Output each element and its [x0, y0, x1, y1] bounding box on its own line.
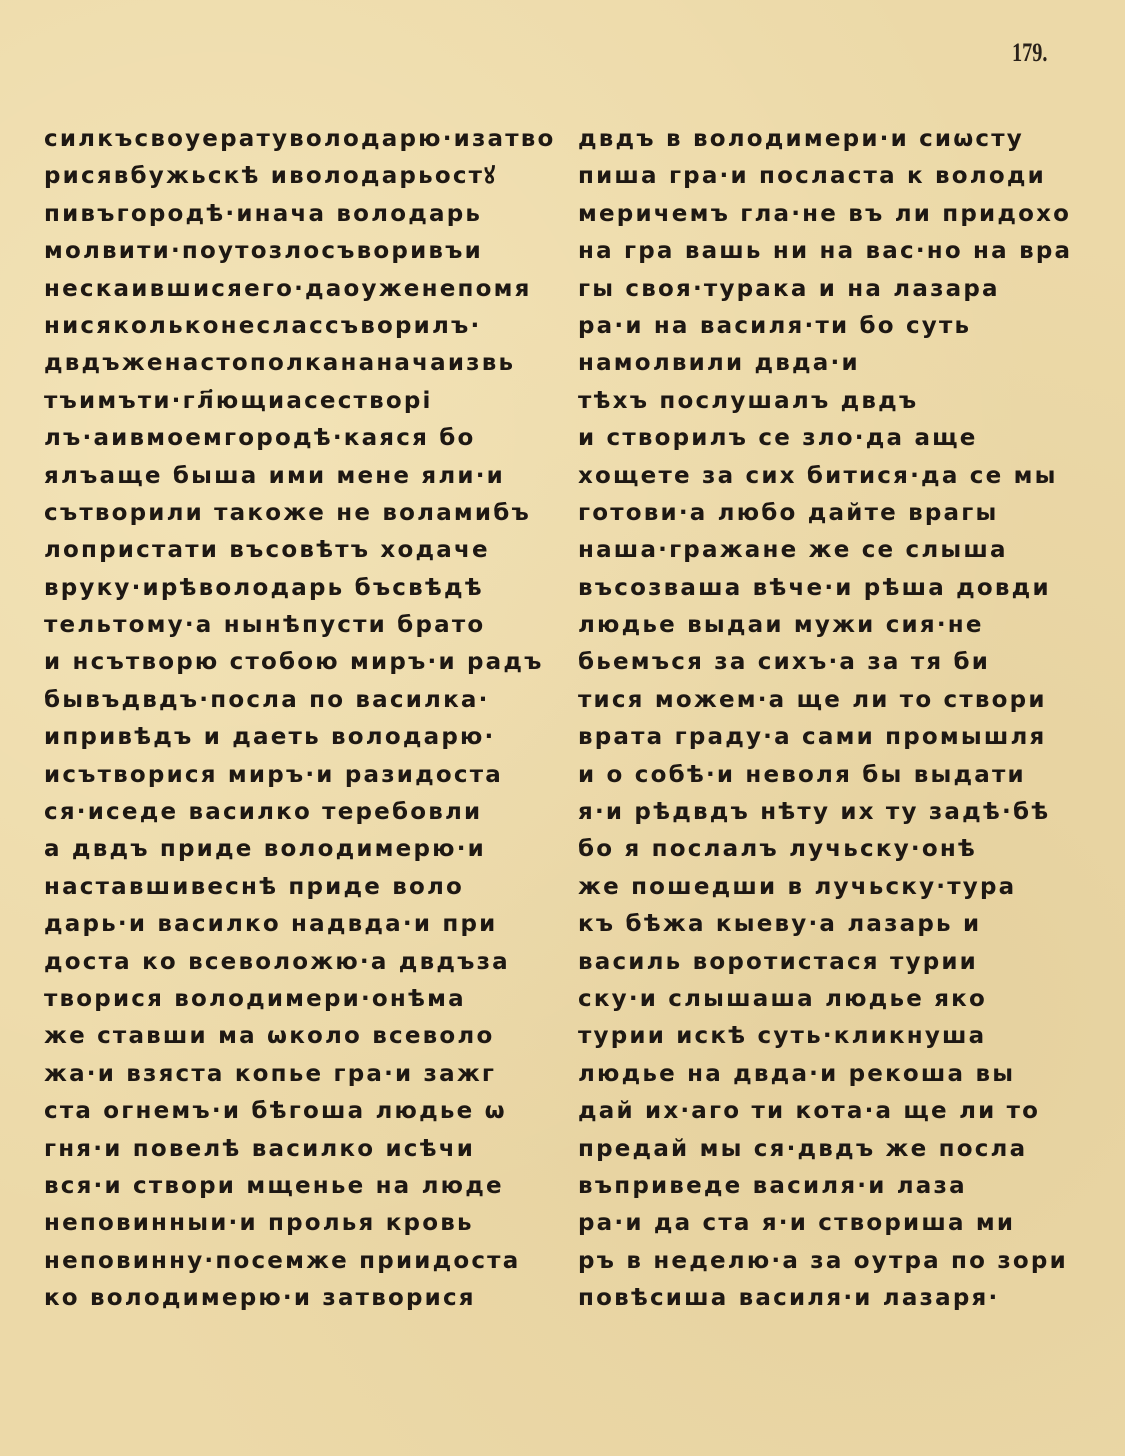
manuscript-line: ра·и да ста я·и створиша ми [578, 1205, 1078, 1242]
manuscript-line: въсозваша вѣче·и рѣша довди [578, 570, 1078, 607]
manuscript-line: ко володимерю·и затворися [44, 1280, 559, 1317]
manuscript-line: лопристати въсовѣтъ ходаче [44, 532, 559, 569]
manuscript-line: готови·а любо дайте врагы [578, 495, 1078, 532]
manuscript-line: ра·и на василя·ти бо суть [578, 308, 1078, 345]
manuscript-line: намолвили двда·и [578, 345, 1078, 382]
manuscript-line: и створилъ се зло·да аще [578, 420, 1078, 457]
manuscript-line: дай их·аго ти кота·а ще ли то [578, 1093, 1078, 1130]
manuscript-line: тися можем·а ще ли то створи [578, 682, 1078, 719]
manuscript-line: людье выдаи мужи сия·не [578, 607, 1078, 644]
manuscript-line: ста огнемъ·и бѣгоша людье ѡ [44, 1093, 559, 1130]
manuscript-line: же пошедши в лучьску·тура [578, 869, 1078, 906]
right-column: двдъ в володимери·и сиѡступиша гра·и пос… [578, 121, 1078, 1318]
manuscript-line: людье на двда·и рекоша вы [578, 1056, 1078, 1093]
manuscript-line: жа·и взяста копье гра·и зажг [44, 1056, 559, 1093]
manuscript-line: турии искѣ суть·кликнуша [578, 1018, 1078, 1055]
manuscript-line: ипривѣдъ и даеть володарю· [44, 719, 559, 756]
manuscript-line: вся·и створи мщенье на люде [44, 1168, 559, 1205]
manuscript-line: двдъженастополкананачаизвь [44, 345, 559, 382]
manuscript-line: ръ в неделю·а за оутра по зори [578, 1243, 1078, 1280]
manuscript-line: дарь·и василко надвда·и при [44, 906, 559, 943]
manuscript-line: тельтому·а нынѣпусти брато [44, 607, 559, 644]
manuscript-line: василь воротистася турии [578, 944, 1078, 981]
left-column: силкъсвоуератуволодарю·изатворисявбужьск… [44, 121, 559, 1318]
manuscript-line: же ставши ма ѡколо всеволо [44, 1018, 559, 1055]
manuscript-line: и нсътворю стобою миръ·и радъ [44, 644, 559, 681]
manuscript-line: исътворися миръ·и разидостa [44, 757, 559, 794]
manuscript-line: гня·и повелѣ василко исѣчи [44, 1131, 559, 1168]
page-number: 179. [1012, 38, 1047, 68]
manuscript-line: бывъдвдъ·посла по василка· [44, 682, 559, 719]
manuscript-line: неповинныи·и пролья кровь [44, 1205, 559, 1242]
manuscript-line: на гра вашь ни на вас·но на вра [578, 233, 1078, 270]
manuscript-line: меричемъ гла·не въ ли придохо [578, 196, 1078, 233]
manuscript-line: творися володимери·онѣма [44, 981, 559, 1018]
manuscript-line: двдъ в володимери·и сиѡсту [578, 121, 1078, 158]
manuscript-line: доста ко всеволожю·а двдъза [44, 944, 559, 981]
manuscript-line: сътворили такоже не воламибъ [44, 495, 559, 532]
manuscript-line: наша·гражане же се слыша [578, 532, 1078, 569]
manuscript-line: тъимъти·гл҃ющиасестворі [44, 383, 559, 420]
manuscript-line: нисякольконеслассъворилъ· [44, 308, 559, 345]
manuscript-line: ся·иседе василко теребовли [44, 794, 559, 831]
manuscript-line: бо я послалъ лучьску·онѣ [578, 831, 1078, 868]
manuscript-line: въприведе василя·и лаза [578, 1168, 1078, 1205]
manuscript-line: неповинну·посемже приидоста [44, 1243, 559, 1280]
manuscript-line: а двдъ приде володимерю·и [44, 831, 559, 868]
manuscript-line: вруку·ирѣволодарь бъсвѣдѣ [44, 570, 559, 607]
manuscript-line: тѣхъ послушалъ двдъ [578, 383, 1078, 420]
manuscript-line: и о собѣ·и неволя бы выдати [578, 757, 1078, 794]
manuscript-line: силкъсвоуератуволодарю·изатво [44, 121, 559, 158]
manuscript-line: ску·и слышаша людье яко [578, 981, 1078, 1018]
manuscript-line: я·и рѣдвдъ нѣту их ту задѣ·бѣ [578, 794, 1078, 831]
manuscript-line: наставшивеснѣ приде воло [44, 869, 559, 906]
manuscript-line: бьемъся за сихъ·а за тя би [578, 644, 1078, 681]
manuscript-line: врата граду·а сами промышля [578, 719, 1078, 756]
manuscript-line: гы своя·турака и на лазара [578, 271, 1078, 308]
manuscript-line: ялъаще быша ими мене яли·и [44, 458, 559, 495]
manuscript-line: лъ·аивмоемгородѣ·каяся бо [44, 420, 559, 457]
manuscript-line: пивъгородѣ·инача володарь [44, 196, 559, 233]
manuscript-line: нескаившисяего·даоуженепомя [44, 271, 559, 308]
manuscript-line: хощете за сих битися·да се мы [578, 458, 1078, 495]
manuscript-line: предай мы ся·двдъ же посла [578, 1131, 1078, 1168]
manuscript-line: повѣсиша василя·и лазаря· [578, 1280, 1078, 1317]
manuscript-line: къ бѣжа кыеву·а лазарь и [578, 906, 1078, 943]
manuscript-line: пиша гра·и посласта к володи [578, 158, 1078, 195]
manuscript-line: рисявбужьскѣ иволодарьостꙋ [44, 158, 559, 195]
manuscript-line: молвити·поутозлосъворивъи [44, 233, 559, 270]
